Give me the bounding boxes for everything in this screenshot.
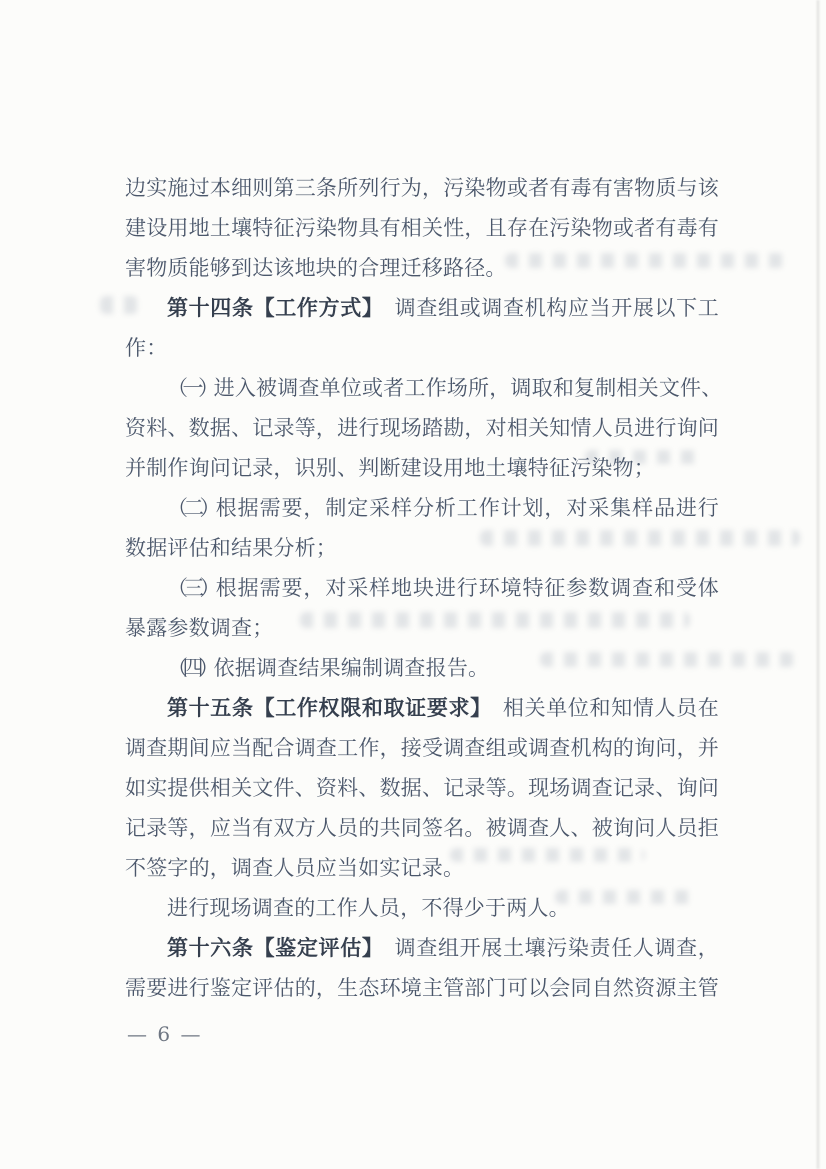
text-line: 记录等，应当有双方人员的共同签名。被调查人、被询问人员拒 [125, 808, 719, 848]
text-segment: 边实施过本细则第三条所列行为，污染物或者有毒有害物质与该 [125, 176, 719, 200]
text-segment: 调查期间应当配合调查工作，接受调查组或调查机构的询问，并 [125, 736, 719, 760]
text-line: （二）根据需要，制定采样分析工作计划，对采集样品进行 [125, 488, 719, 528]
text-line: 需要进行鉴定评估的，生态环境主管部门可以会同自然资源主管 [125, 968, 719, 1008]
page-number: — 6 — [127, 1020, 202, 1048]
text-segment: （四） [167, 656, 214, 680]
text-segment: 根据需要，对采样地块进行环境特征参数调查和受体 [216, 576, 719, 600]
text-line: 第十五条【工作权限和取证要求】 相关单位和知情人员在 [125, 688, 719, 728]
text-line: 边实施过本细则第三条所列行为，污染物或者有毒有害物质与该 [125, 168, 719, 208]
text-line: （三）根据需要，对采样地块进行环境特征参数调查和受体 [125, 568, 719, 608]
text-segment: 记录等，应当有双方人员的共同签名。被调查人、被询问人员拒 [125, 816, 719, 840]
text-segment: 进入被调查单位或者工作场所，调取和复制相关文件、 [214, 376, 723, 400]
text-segment: （二） [167, 496, 216, 520]
article-heading: 第十四条【工作方式】 [167, 295, 373, 320]
text-segment: 调查组或调查机构应当开展以下工 [373, 296, 719, 320]
text-line: 调查期间应当配合调查工作，接受调查组或调查机构的询问，并 [125, 728, 719, 768]
text-segment: 调查组开展土壤污染责任人调查， [373, 936, 719, 960]
text-segment: 建设用地土壤特征污染物具有相关性，且存在污染物或者有毒有 [125, 216, 719, 240]
text-segment: 并制作询问记录，识别、判断建设用地土壤特征污染物； [125, 456, 655, 480]
text-line: （一）进入被调查单位或者工作场所，调取和复制相关文件、 [125, 368, 719, 408]
text-line: （四）依据调查结果编制调查报告。 [125, 648, 719, 688]
text-line: 建设用地土壤特征污染物具有相关性，且存在污染物或者有毒有 [125, 208, 719, 248]
text-segment: 资料、数据、记录等，进行现场踏勘，对相关知情人员进行询问 [125, 416, 719, 440]
text-line: 资料、数据、记录等，进行现场踏勘，对相关知情人员进行询问 [125, 408, 719, 448]
text-line: 害物质能够到达该地块的合理迁移路径。 [125, 248, 719, 288]
text-segment: 根据需要，制定采样分析工作计划，对采集样品进行 [216, 496, 719, 520]
text-line: 并制作询问记录，识别、判断建设用地土壤特征污染物； [125, 448, 719, 488]
text-segment: 依据调查结果编制调查报告。 [214, 656, 490, 680]
text-segment: （三） [167, 576, 216, 600]
text-line: 第十六条【鉴定评估】 调查组开展土壤污染责任人调查， [125, 928, 719, 968]
text-line: 数据评估和结果分析； [125, 528, 719, 568]
article-heading: 第十五条【工作权限和取证要求】 [167, 695, 481, 720]
text-line: 进行现场调查的工作人员，不得少于两人。 [125, 888, 719, 928]
text-segment: 相关单位和知情人员在 [481, 696, 719, 720]
text-line: 第十四条【工作方式】 调查组或调查机构应当开展以下工 [125, 288, 719, 328]
text-segment: 害物质能够到达该地块的合理迁移路径。 [125, 256, 507, 280]
text-segment: 不签字的，调查人员应当如实记录。 [125, 856, 464, 880]
text-segment: 数据评估和结果分析； [125, 536, 337, 560]
text-segment: 需要进行鉴定评估的，生态环境主管部门可以会同自然资源主管 [125, 976, 719, 1000]
text-segment: 进行现场调查的工作人员，不得少于两人。 [167, 896, 570, 920]
text-line: 如实提供相关文件、资料、数据、记录等。现场调查记录、询问 [125, 768, 719, 808]
text-segment: 如实提供相关文件、资料、数据、记录等。现场调查记录、询问 [125, 776, 719, 800]
scan-edge-shadow [817, 0, 819, 1169]
text-segment: 作： [125, 336, 167, 360]
text-segment: 暴露参数调查； [125, 616, 273, 640]
text-line: 暴露参数调查； [125, 608, 719, 648]
scanned-page: 边实施过本细则第三条所列行为，污染物或者有毒有害物质与该建设用地土壤特征污染物具… [0, 0, 826, 1169]
text-segment: （一） [167, 376, 214, 400]
document-body: 边实施过本细则第三条所列行为，污染物或者有毒有害物质与该建设用地土壤特征污染物具… [125, 168, 719, 1008]
text-line: 作： [125, 328, 719, 368]
article-heading: 第十六条【鉴定评估】 [167, 935, 373, 960]
text-line: 不签字的，调查人员应当如实记录。 [125, 848, 719, 888]
